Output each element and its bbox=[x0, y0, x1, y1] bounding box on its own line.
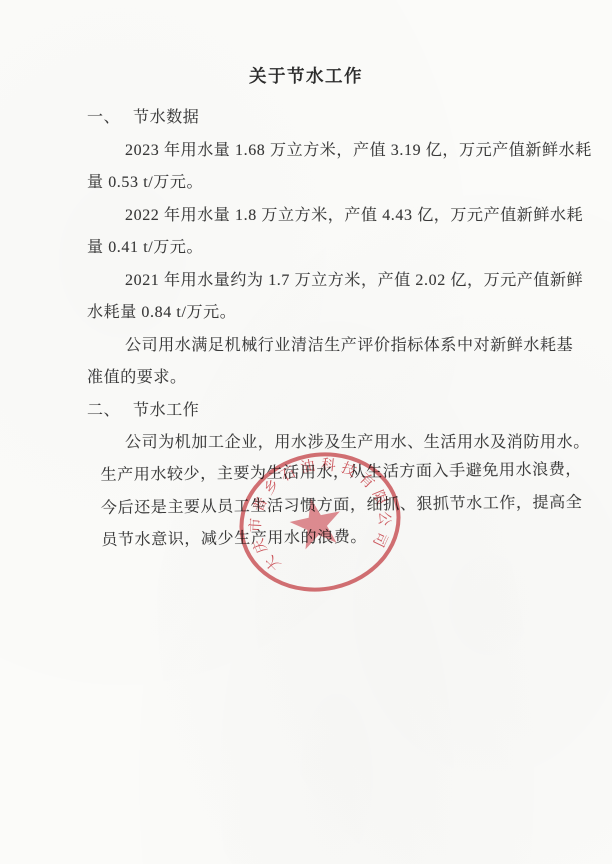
paragraph-line: 公司用水满足机械行业清洁生产评价指标体系中对新鲜水耗基 bbox=[87, 330, 529, 363]
paragraph-line: 生产用水较少，主要为生活用水，从生活方面入手避免用水浪费， bbox=[100, 454, 528, 492]
section-1-title: 节水数据 bbox=[133, 109, 199, 126]
section-2-title: 节水工作 bbox=[133, 402, 199, 419]
section-2-heading: 二、节水工作 bbox=[87, 395, 529, 428]
scanned-document-page: 关于节水工作 一、节水数据 2023 年用水量 1.68 万立方米，产值 3.1… bbox=[0, 0, 612, 864]
paragraph-line: 准值的要求。 bbox=[87, 362, 529, 395]
section-2-number: 二、 bbox=[87, 395, 133, 428]
document-title: 关于节水工作 bbox=[0, 64, 612, 88]
paragraph-line: 2021 年用水量约为 1.7 万立方米，产值 2.02 亿，万元产值新鲜 bbox=[87, 265, 529, 298]
section-1-number: 一、 bbox=[87, 102, 133, 135]
paragraph-line: 2022 年用水量 1.8 万立方米，产值 4.43 亿，万元产值新鲜水耗 bbox=[87, 200, 529, 233]
skewed-paragraph-block: 生产用水较少，主要为生活用水，从生活方面入手避免用水浪费， 今后还是主要从员工生… bbox=[100, 454, 529, 557]
paragraph-line: 水耗量 0.84 t/万元。 bbox=[87, 297, 529, 330]
document-body: 一、节水数据 2023 年用水量 1.68 万立方米，产值 3.19 亿，万元产… bbox=[87, 102, 529, 557]
paragraph-line: 2023 年用水量 1.68 万立方米，产值 3.19 亿，万元产值新鲜水耗 bbox=[87, 135, 529, 168]
paragraph-line: 量 0.53 t/万元。 bbox=[87, 167, 529, 200]
section-1-heading: 一、节水数据 bbox=[87, 102, 529, 135]
paragraph-line: 量 0.41 t/万元。 bbox=[87, 232, 529, 265]
paragraph-line: 员节水意识，减少生产用水的浪费。 bbox=[101, 519, 529, 557]
paragraph-line: 今后还是主要从员工生活习惯方面，细抓、狠抓节水工作，提高全 bbox=[101, 487, 529, 525]
